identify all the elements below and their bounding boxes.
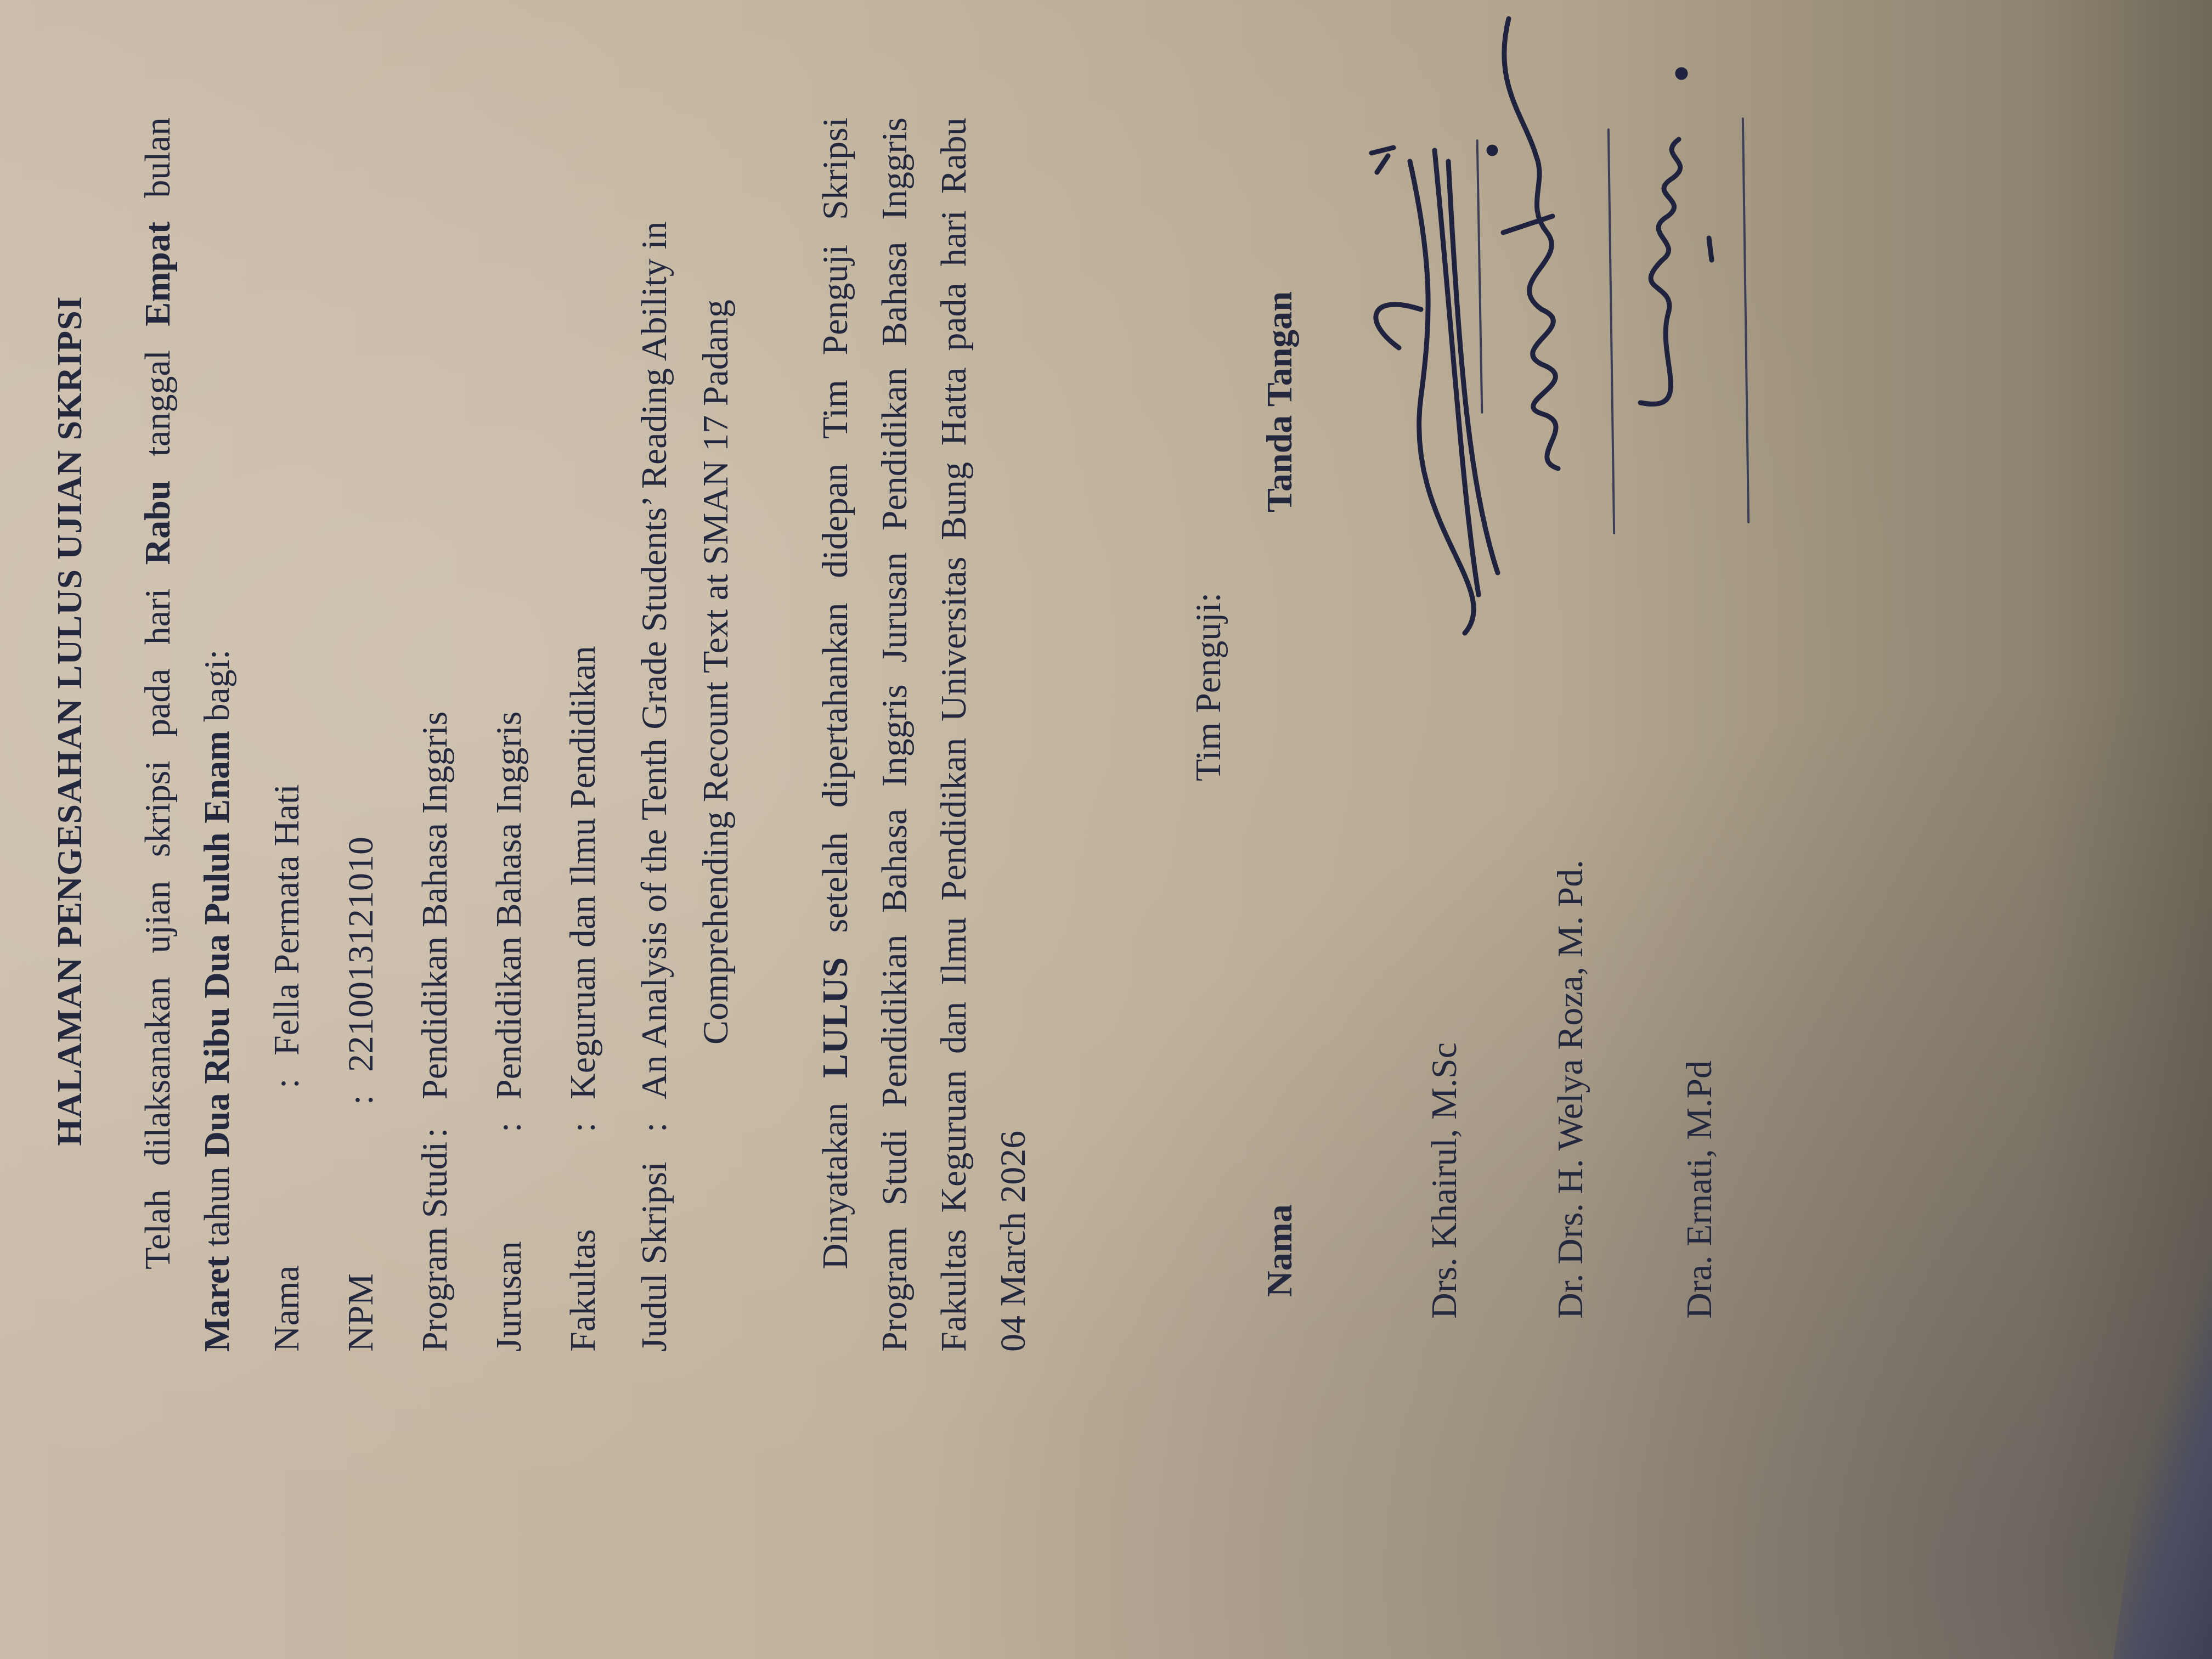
field-label: Judul Skripsi	[636, 1161, 673, 1352]
field-colon: :	[491, 1122, 527, 1132]
word: pada	[936, 283, 972, 351]
word: didepan	[817, 464, 854, 578]
word: skripsi	[140, 760, 176, 857]
word: Keguruan	[936, 1070, 972, 1213]
examiner-name: Dra. Ernati, M.Pd	[1681, 1060, 1718, 1319]
field-colon: :	[565, 1122, 601, 1132]
word: Hatta	[936, 367, 972, 445]
word: Pendidikan	[877, 368, 913, 531]
word: Tim	[817, 380, 854, 439]
declaration-line-2: ProgramStudiPendidikianBahasaInggrisJuru…	[877, 117, 913, 1352]
month-text: Maret	[197, 1256, 237, 1352]
column-header-name: Nama	[1262, 1204, 1298, 1297]
word: Dinyatakan	[817, 1103, 854, 1269]
declaration-line-1: DinyatakanLULUSsetelahdipertahankandidep…	[817, 117, 854, 1352]
year-label: tahun	[197, 1158, 237, 1256]
word: ujian	[140, 881, 176, 953]
word: hari	[936, 210, 972, 267]
field-value: 2210013121010	[343, 837, 379, 1072]
word: Inggris	[877, 684, 913, 787]
word: Pendidikan	[936, 738, 972, 901]
field-label: Fakultas	[565, 1229, 601, 1352]
word: hari	[140, 589, 176, 645]
word: dan	[936, 1002, 972, 1054]
declaration-date: 04 March 2026	[995, 1131, 1031, 1352]
field-colon: :	[269, 1079, 305, 1088]
word: dilaksanakan	[140, 977, 176, 1166]
field-label: NPM	[343, 1273, 379, 1352]
word: Skripsi	[817, 117, 854, 220]
word: Rabu	[140, 480, 176, 565]
field-value: Pendidikan Bahasa Inggris	[491, 711, 527, 1099]
page-title: HALAMAN PENGESAHAN LULUS UJIAN SKRIPSI	[52, 90, 87, 1352]
word: Empat	[140, 222, 176, 326]
field-value: Fella Permata Hati	[269, 784, 305, 1056]
word: Program	[877, 1227, 913, 1352]
column-header-signature: Tanda Tangan	[1262, 291, 1298, 512]
word: dipertahankan	[817, 602, 854, 808]
word: Bahasa	[877, 809, 913, 913]
for-label: bagi:	[197, 650, 237, 731]
word: Bahasa	[877, 241, 913, 346]
intro-line-2: Maret tahun Dua Ribu Dua Puluh Enam bagi…	[199, 650, 235, 1352]
word: Rabu	[936, 117, 972, 194]
field-colon: :	[636, 1122, 673, 1132]
word: LULUS	[817, 957, 854, 1078]
word: Universitas	[936, 557, 972, 722]
word: Ilmu	[936, 917, 972, 985]
word: pada	[140, 668, 176, 737]
word: tanggal	[140, 350, 176, 456]
document-page: HALAMAN PENGESAHAN LULUS UJIAN SKRIPSI T…	[0, 0, 2212, 1659]
word: Fakultas	[936, 1229, 972, 1352]
signature-ernati	[1607, 41, 1750, 425]
word: Pendidikian	[877, 934, 913, 1107]
word: Penguji	[817, 245, 854, 356]
declaration-line-3: FakultasKeguruandanIlmuPendidikanUnivers…	[936, 117, 972, 1352]
examiner-name: Drs. Khairul, M.Sc	[1426, 1042, 1463, 1319]
examiner-name: Dr. Drs. H. Welya Roza, M. Pd.	[1553, 860, 1589, 1319]
word: Bung	[936, 462, 972, 540]
examiners-heading: Tim Penguji:	[1190, 592, 1227, 781]
field-value: Keguruan dan Ilmu Pendidikan	[565, 646, 601, 1099]
intro-line-1: TelahdilaksanakanujianskripsipadahariRab…	[140, 117, 176, 1352]
word: Inggris	[877, 117, 913, 220]
field-value-continued: Comprehending Recount Text at SMAN 17 Pa…	[698, 300, 734, 1045]
field-label: Jurusan	[491, 1241, 527, 1352]
word: Jurusan	[877, 552, 913, 663]
word: setelah	[817, 832, 854, 933]
field-value: Pendidikan Bahasa Inggris	[417, 711, 453, 1099]
field-value: An Analysis of the Tenth Grade Students’…	[636, 221, 673, 1099]
word: bulan	[140, 117, 176, 198]
word: Studi	[877, 1129, 913, 1205]
year-text: Dua Ribu Dua Puluh Enam	[197, 731, 237, 1158]
signature-welya-roza	[1459, 0, 1602, 490]
field-colon: :	[417, 1128, 453, 1138]
field-colon: :	[343, 1095, 379, 1105]
field-label: Nama	[269, 1265, 305, 1352]
field-label: Program Studi	[417, 1142, 453, 1352]
word: Telah	[140, 1189, 176, 1269]
